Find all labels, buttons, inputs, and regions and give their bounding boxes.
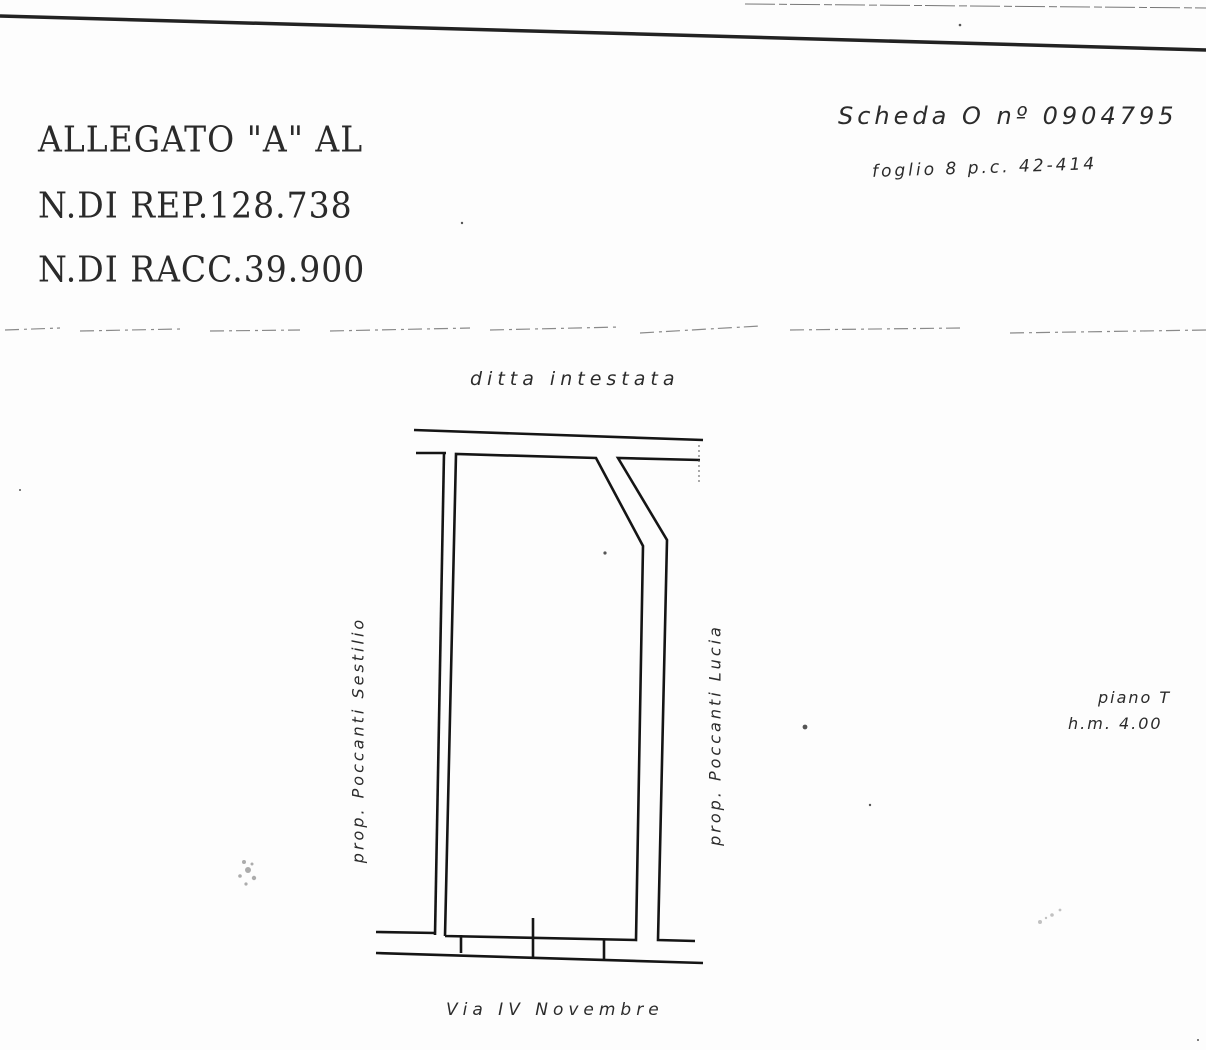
plan-walls xyxy=(376,430,703,963)
street-label: Via IV Novembre xyxy=(446,1000,664,1020)
repertorio-number: N.DI REP.128.738 xyxy=(38,184,353,226)
header-separator xyxy=(5,326,1206,333)
scan-blot-left xyxy=(238,860,256,886)
scan-edge-line xyxy=(0,4,1206,50)
owner-label: ditta intestata xyxy=(470,368,679,390)
raccolta-number: N.DI RACC.39.900 xyxy=(38,248,365,290)
allegato-heading: ALLEGATO "A" AL xyxy=(38,118,363,160)
scanned-document-page: ALLEGATO "A" AL N.DI REP.128.738 N.DI RA… xyxy=(0,0,1206,1050)
left-neighbor-label: prop. Poccanti Sestilio xyxy=(349,617,368,863)
height-label: h.m. 4.00 xyxy=(1068,714,1163,733)
floor-label: piano T xyxy=(1098,688,1171,707)
right-neighbor-label: prop. Poccanti Lucia xyxy=(706,624,725,846)
scheda-reference: Scheda O nº 0904795 xyxy=(838,102,1178,130)
scan-blot-right xyxy=(1038,909,1061,924)
